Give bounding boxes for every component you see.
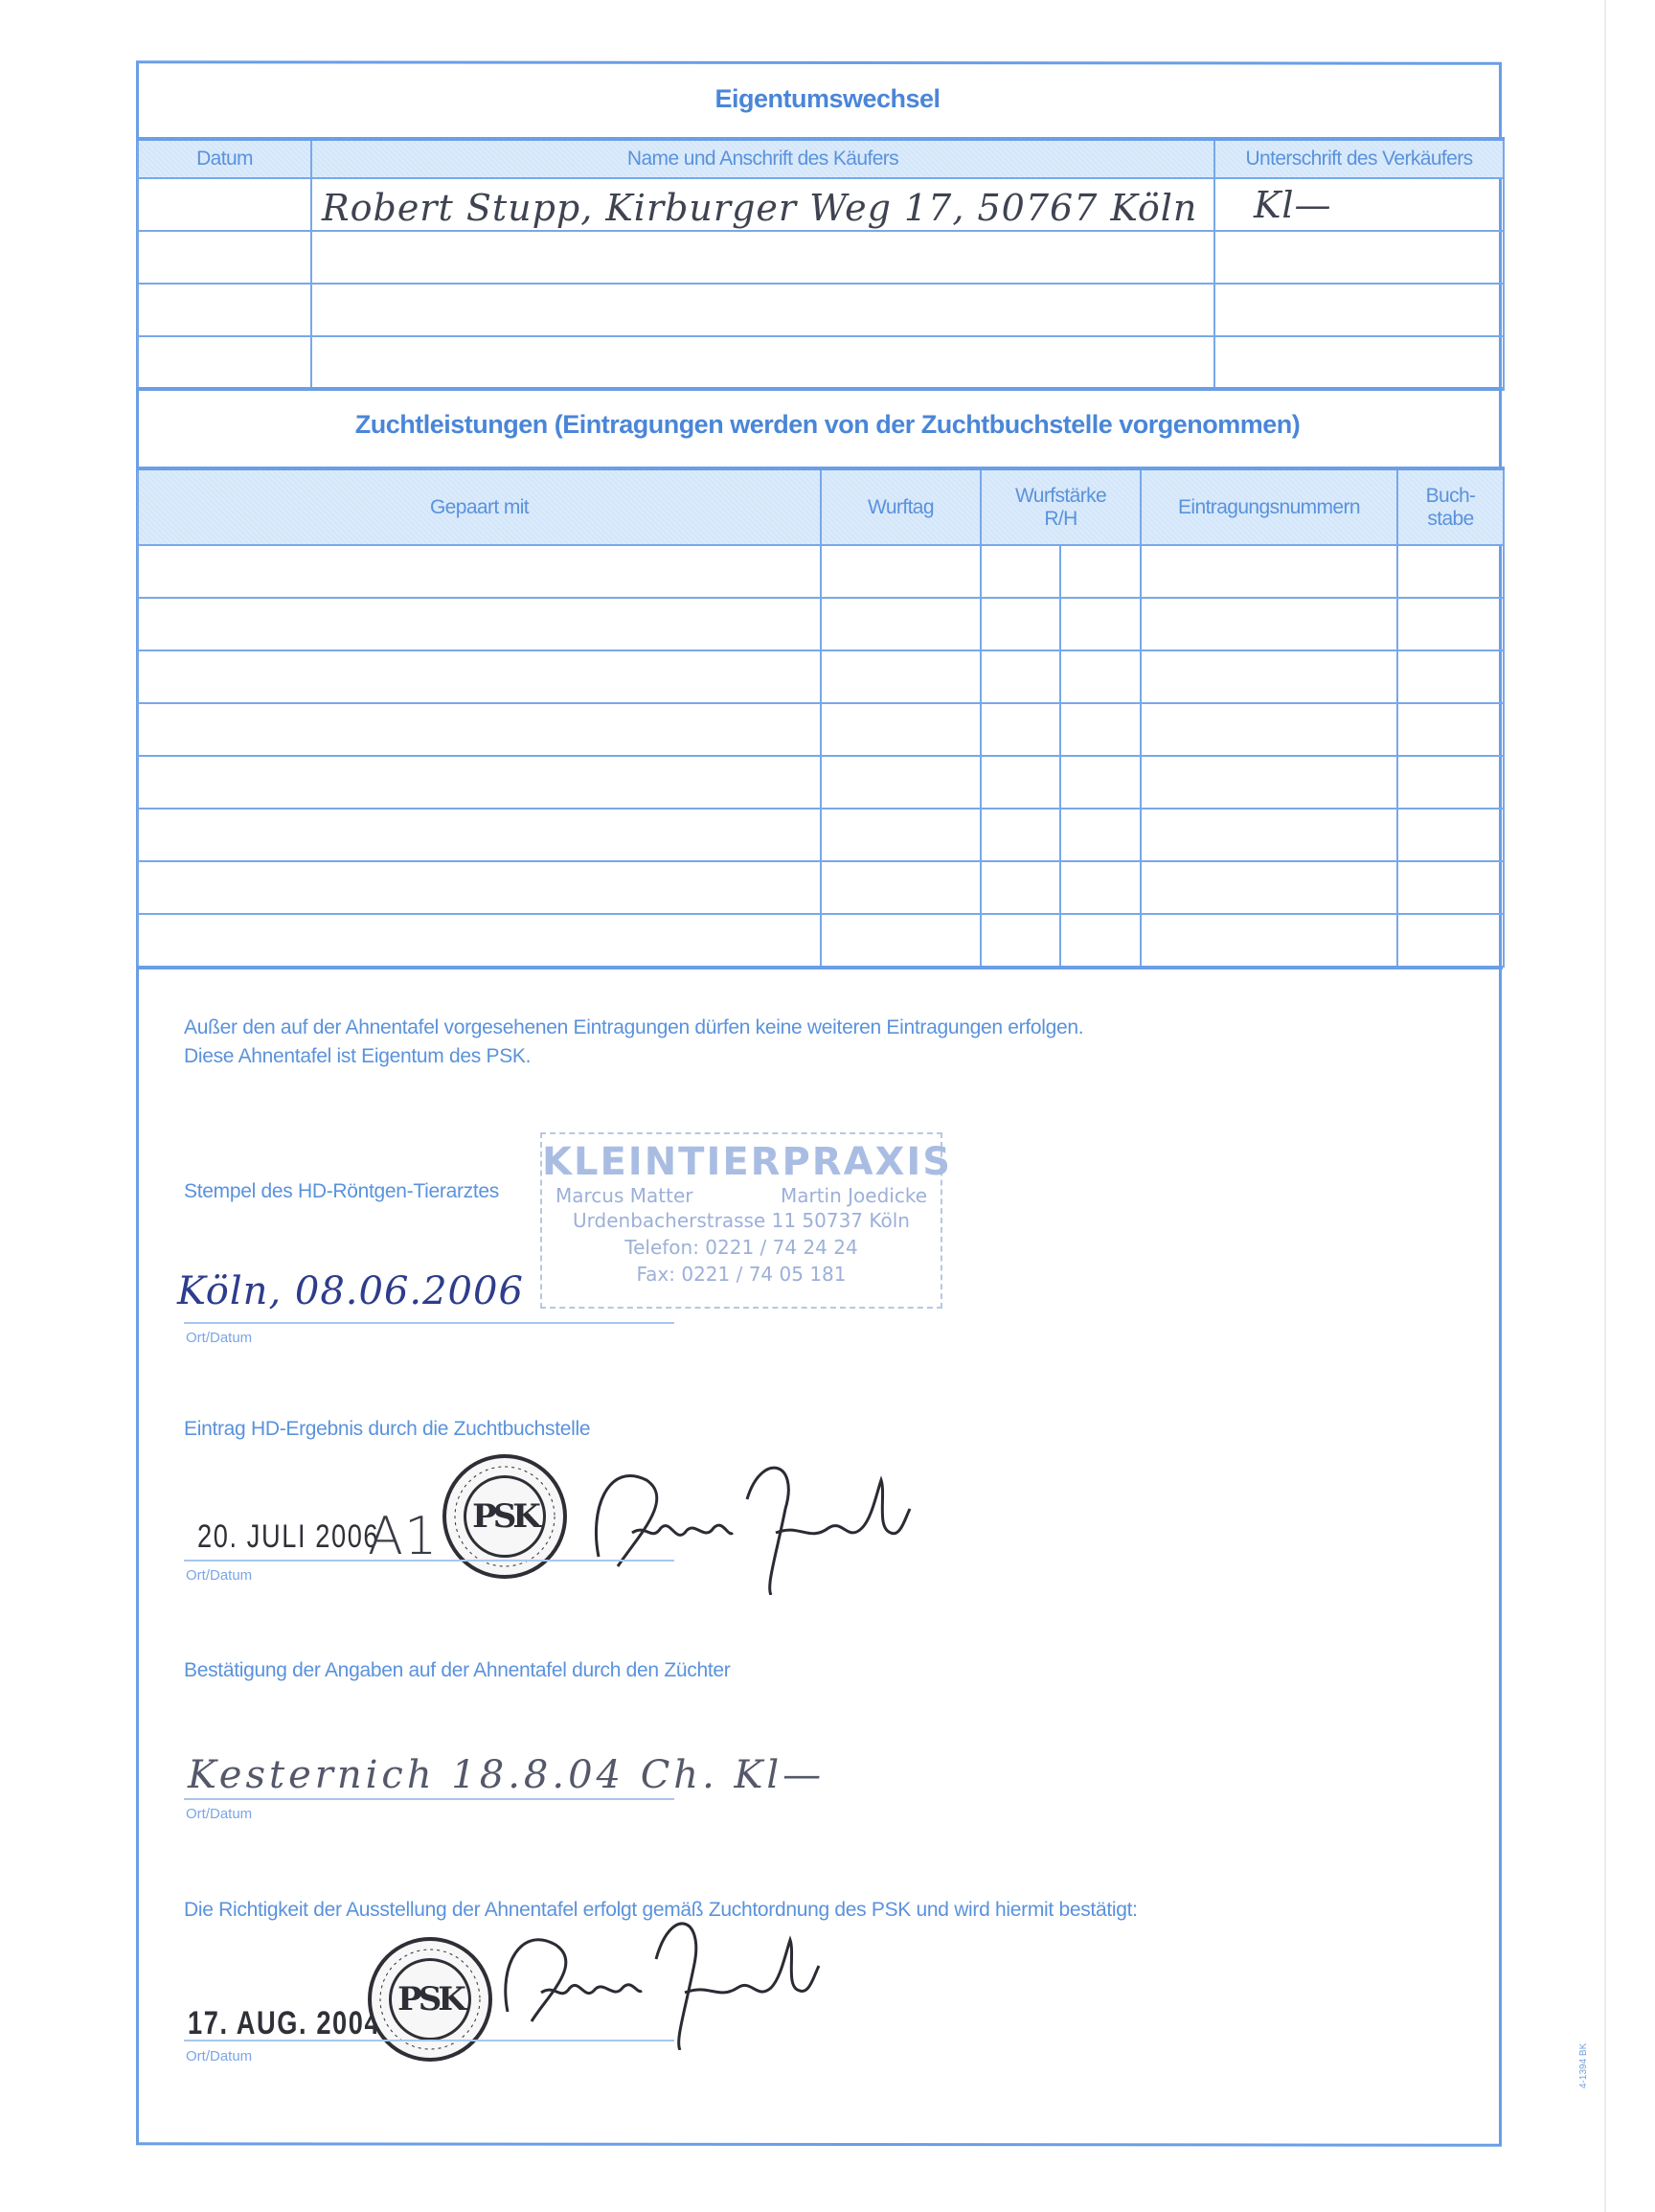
vet-stamp: KLEINTIERPRAXIS Marcus Matter Martin Joe… xyxy=(540,1132,942,1309)
breeder-underline xyxy=(184,1798,674,1800)
stamp-phone: Telefon: 0221 / 74 24 24 xyxy=(542,1234,941,1261)
cert-signature-icon xyxy=(498,1906,862,2050)
litter-size-h-cell[interactable] xyxy=(1060,756,1141,809)
litter-size-r-cell[interactable] xyxy=(981,756,1060,809)
litter-size-label: Wurfstärke xyxy=(982,485,1140,508)
ownership-row xyxy=(138,336,1504,390)
buyer-cell[interactable]: Robert Stupp, Kirburger Weg 17, 50767 Kö… xyxy=(311,178,1214,231)
breeding-row xyxy=(138,650,1504,703)
section-divider xyxy=(137,387,1503,391)
breeder-ort-datum-label: Ort/Datum xyxy=(186,1806,252,1822)
psk-seal: PSK xyxy=(368,1937,492,2062)
hd-date-stamp-text: 20. JULI 2006 xyxy=(197,1518,379,1556)
vet-ort-datum-label: Ort/Datum xyxy=(186,1330,252,1346)
stamp-name-1: Marcus Matter xyxy=(555,1184,692,1207)
seller-signature-cell[interactable] xyxy=(1214,231,1504,284)
stamp-title: KLEINTIERPRAXIS xyxy=(542,1140,941,1184)
vet-underline xyxy=(184,1322,674,1324)
registration-numbers-cell[interactable] xyxy=(1141,703,1397,756)
registration-numbers-cell[interactable] xyxy=(1141,598,1397,650)
letter-cell[interactable] xyxy=(1397,756,1504,809)
seller-signature-cell[interactable] xyxy=(1214,284,1504,336)
breeder-confirmation-label: Bestätigung der Angaben auf der Ahnentaf… xyxy=(184,1659,730,1682)
ownership-row: Robert Stupp, Kirburger Weg 17, 50767 Kö… xyxy=(138,178,1504,231)
litter-size-h-cell[interactable] xyxy=(1060,598,1141,650)
datum-cell[interactable] xyxy=(138,336,311,390)
buyer-cell[interactable] xyxy=(311,336,1214,390)
breeding-row xyxy=(138,598,1504,650)
notice-text: Außer den auf der Ahnentafel vorgesehene… xyxy=(184,1014,1083,1071)
seal-monogram: PSK xyxy=(389,1958,471,2041)
datum-cell[interactable] xyxy=(138,178,311,231)
litter-day-cell[interactable] xyxy=(821,914,981,967)
litter-day-cell[interactable] xyxy=(821,650,981,703)
litter-day-cell[interactable] xyxy=(821,703,981,756)
breeding-table: Gepaart mit Wurftag Wurfstärke R/H Eintr… xyxy=(137,467,1505,968)
breeding-row xyxy=(138,809,1504,861)
vet-place-date: Köln, 08.06.2006 xyxy=(177,1269,524,1313)
col-seller-signature: Unterschrift des Verkäufers xyxy=(1214,139,1504,178)
litter-size-h-cell[interactable] xyxy=(1060,809,1141,861)
col-litter-day: Wurftag xyxy=(821,468,981,545)
litter-size-r-cell[interactable] xyxy=(981,914,1060,967)
vet-stamp-label: Stempel des HD-Röntgen-Tierarztes xyxy=(184,1180,499,1203)
paired-with-cell[interactable] xyxy=(138,861,821,914)
paired-with-cell[interactable] xyxy=(138,650,821,703)
registration-numbers-cell[interactable] xyxy=(1141,756,1397,809)
stamp-fax: Fax: 0221 / 74 05 181 xyxy=(542,1261,941,1288)
ownership-row xyxy=(138,231,1504,284)
col-paired-with: Gepaart mit xyxy=(138,468,821,545)
breeding-row xyxy=(138,756,1504,809)
litter-day-cell[interactable] xyxy=(821,598,981,650)
buyer-cell[interactable] xyxy=(311,231,1214,284)
buyer-handwriting: Robert Stupp, Kirburger Weg 17, 50767 Kö… xyxy=(312,181,1213,229)
litter-size-r-cell[interactable] xyxy=(981,650,1060,703)
stamp-address: Urdenbacherstrasse 11 50737 Köln xyxy=(542,1207,941,1234)
hd-result-grade: A1 xyxy=(368,1506,438,1566)
litter-size-r-cell[interactable] xyxy=(981,703,1060,756)
hd-underline xyxy=(184,1560,674,1562)
letter-cell[interactable] xyxy=(1397,861,1504,914)
letter-cell[interactable] xyxy=(1397,809,1504,861)
paired-with-cell[interactable] xyxy=(138,598,821,650)
buyer-cell[interactable] xyxy=(311,284,1214,336)
cert-underline xyxy=(184,2040,674,2041)
cert-date-stamp-text: 17. AUG. 2004 xyxy=(188,2005,380,2042)
paired-with-cell[interactable] xyxy=(138,914,821,967)
datum-cell[interactable] xyxy=(138,284,311,336)
breeding-row xyxy=(138,545,1504,598)
breeding-row xyxy=(138,703,1504,756)
letter-cell[interactable] xyxy=(1397,545,1504,598)
notice-line-2: Diese Ahnentafel ist Eigentum des PSK. xyxy=(184,1042,1083,1071)
litter-size-h-cell[interactable] xyxy=(1060,545,1141,598)
ownership-table: Datum Name und Anschrift des Käufers Unt… xyxy=(137,137,1505,391)
litter-day-cell[interactable] xyxy=(821,809,981,861)
col-registration-numbers: Eintragungsnummern xyxy=(1141,468,1397,545)
col-datum: Datum xyxy=(138,139,311,178)
litter-day-cell[interactable] xyxy=(821,756,981,809)
letter-cell[interactable] xyxy=(1397,914,1504,967)
litter-size-h-cell[interactable] xyxy=(1060,914,1141,967)
datum-cell[interactable] xyxy=(138,231,311,284)
paired-with-cell[interactable] xyxy=(138,545,821,598)
litter-size-h-cell[interactable] xyxy=(1060,703,1141,756)
registration-numbers-cell[interactable] xyxy=(1141,809,1397,861)
litter-size-r-cell[interactable] xyxy=(981,545,1060,598)
col-buyer: Name und Anschrift des Käufers xyxy=(311,139,1214,178)
litter-size-r-cell[interactable] xyxy=(981,809,1060,861)
litter-size-h-cell[interactable] xyxy=(1060,650,1141,703)
registration-numbers-cell[interactable] xyxy=(1141,914,1397,967)
letter-cell[interactable] xyxy=(1397,703,1504,756)
letter-cell[interactable] xyxy=(1397,598,1504,650)
hd-ort-datum-label: Ort/Datum xyxy=(186,1567,252,1584)
letter-cell[interactable] xyxy=(1397,650,1504,703)
stamp-name-2: Martin Joedicke xyxy=(781,1184,927,1207)
cert-ort-datum-label: Ort/Datum xyxy=(186,2048,252,2064)
page-edge xyxy=(1604,0,1606,2212)
litter-size-r-cell[interactable] xyxy=(981,598,1060,650)
registration-numbers-cell[interactable] xyxy=(1141,545,1397,598)
breeding-row xyxy=(138,861,1504,914)
litter-size-r-cell[interactable] xyxy=(981,861,1060,914)
seller-signature: Kl— xyxy=(1215,184,1503,226)
litter-day-cell[interactable] xyxy=(821,545,981,598)
letter-label-2: stabe xyxy=(1398,508,1503,531)
paired-with-cell[interactable] xyxy=(138,756,821,809)
form-code: 4-1394 BK xyxy=(1578,2043,1589,2088)
seller-signature-cell[interactable]: Kl— xyxy=(1214,178,1504,231)
col-letter: Buch- stabe xyxy=(1397,468,1504,545)
section-divider xyxy=(137,966,1503,969)
hd-signature-icon xyxy=(579,1451,953,1595)
paired-with-cell[interactable] xyxy=(138,809,821,861)
notice-line-1: Außer den auf der Ahnentafel vorgesehene… xyxy=(184,1014,1083,1042)
ownership-title: Eigentumswechsel xyxy=(0,84,1655,114)
registration-numbers-cell[interactable] xyxy=(1141,861,1397,914)
breeding-row xyxy=(138,914,1504,967)
breeding-title: Zuchtleistungen (Eintragungen werden von… xyxy=(0,410,1655,440)
letter-label-1: Buch- xyxy=(1398,485,1503,508)
seal-monogram: PSK xyxy=(464,1475,546,1558)
litter-size-rh-label: R/H xyxy=(982,508,1140,531)
col-litter-size: Wurfstärke R/H xyxy=(981,468,1141,545)
ownership-row xyxy=(138,284,1504,336)
paired-with-cell[interactable] xyxy=(138,703,821,756)
litter-day-cell[interactable] xyxy=(821,861,981,914)
registration-numbers-cell[interactable] xyxy=(1141,650,1397,703)
seller-signature-cell[interactable] xyxy=(1214,336,1504,390)
litter-size-h-cell[interactable] xyxy=(1060,861,1141,914)
hd-result-label: Eintrag HD-Ergebnis durch die Zuchtbuchs… xyxy=(184,1418,590,1441)
breeder-place-date: Kesternich 18.8.04 Ch. Kl— xyxy=(188,1753,825,1797)
